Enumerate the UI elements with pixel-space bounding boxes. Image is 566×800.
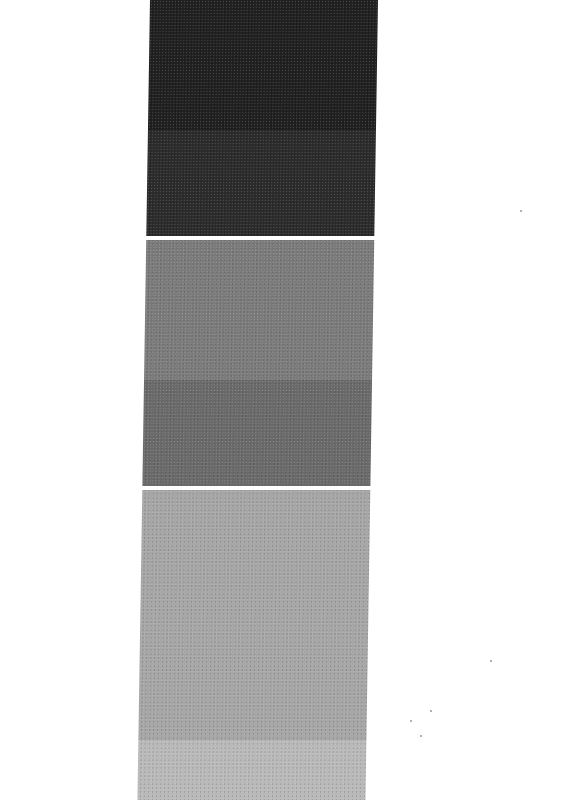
band-2 xyxy=(146,130,376,236)
scan-speck xyxy=(520,210,522,212)
scan-speck xyxy=(490,660,492,662)
band-3 xyxy=(144,240,374,380)
band-6 xyxy=(137,740,366,800)
band-separator xyxy=(142,486,370,488)
grayscale-step-wedge xyxy=(137,0,378,800)
band-1 xyxy=(148,0,378,130)
scan-speck xyxy=(410,720,412,722)
band-separator xyxy=(146,236,374,238)
band-5 xyxy=(138,490,370,740)
scan-speck xyxy=(420,735,422,737)
band-4 xyxy=(142,380,372,486)
scan-speck xyxy=(430,710,432,712)
